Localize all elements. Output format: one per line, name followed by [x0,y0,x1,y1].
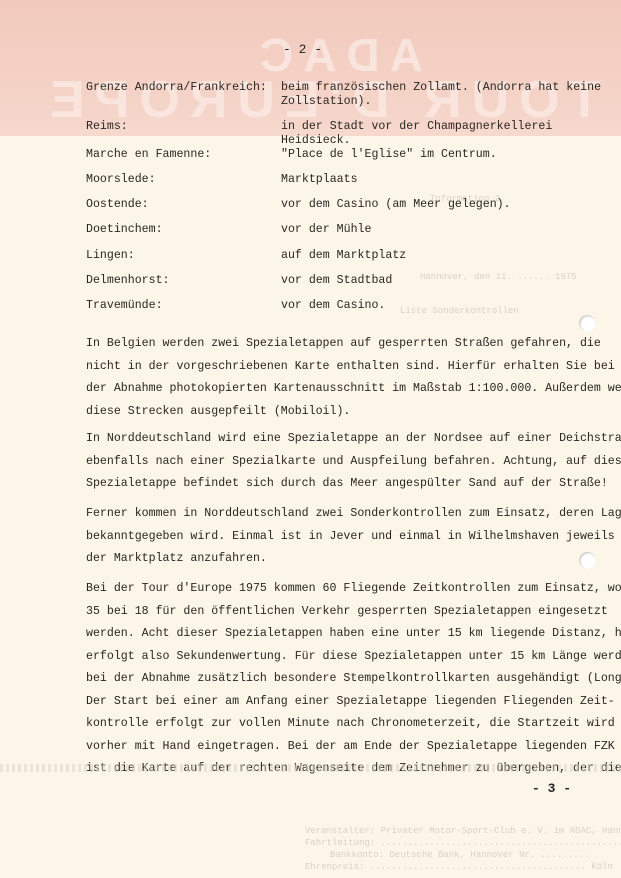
page-number-top: - 2 - [283,42,322,57]
location-desc: vor dem Casino. [281,299,611,313]
footer-bleed-line: Ehrenpreis: ............................… [305,862,613,872]
location-name: Delmenhorst: [86,274,170,287]
location-name: Lingen: [86,249,135,262]
location-name: Doetinchem: [86,223,163,236]
location-name: Marche en Famenne: [86,148,211,161]
paragraph-line: erfolgt also Sekundenwertung. Für diese … [86,646,606,669]
paragraph-line: bekanntgegeben wird. Einmal ist in Jever… [86,526,606,549]
paragraph-line: bei der Abnahme zusätzlich besondere Ste… [86,668,606,691]
footer-bleed-line: Fahrtleitung: ..........................… [305,838,621,848]
location-name: Reims: [86,120,128,133]
paragraph-line: der Abnahme photokopierten Kartenausschn… [86,378,606,401]
paragraph-sonderkontrollen: Ferner kommen in Norddeutschland zwei So… [86,503,606,571]
paragraph-line: Spezialetappe befindet sich durch das Me… [86,473,606,496]
punch-hole-icon [579,315,596,332]
paragraph-line: Der Start bei einer am Anfang einer Spez… [86,691,606,714]
header-band: ADAC TOUR D'EUROPE [0,0,621,136]
location-desc: auf dem Marktplatz [281,249,611,263]
paragraph-line: In Belgien werden zwei Spezialetappen au… [86,333,606,356]
location-desc: in der Stadt vor der Champagnerkellerei … [281,120,611,148]
paragraph-line: vorher mit Hand eingetragen. Bei der am … [86,736,606,759]
location-desc: vor der Mühle [281,223,611,237]
location-name: Oostende: [86,198,149,211]
paragraph-line: Ferner kommen in Norddeutschland zwei So… [86,503,606,526]
location-desc: beim französischen Zollamt. (Andorra hat… [281,81,611,109]
paragraph-line: 35 bei 18 für den öffentlichen Verkehr g… [86,601,606,624]
footer-bleed-line: Veranstalter: Privater Motor-Sport-Club … [305,826,621,836]
paragraph-line: kontrolle erfolgt zur vollen Minute nach… [86,713,606,736]
location-desc: Marktplaats [281,173,611,187]
paragraph-line: ebenfalls nach einer Spezialkarte und Au… [86,451,606,474]
location-name: Travemünde: [86,299,163,312]
paragraph-line: diese Strecken ausgepfeilt (Mobiloil). [86,401,606,424]
paragraph-line: Bei der Tour d'Europe 1975 kommen 60 Fli… [86,578,606,601]
paragraph-line: nicht in der vorgeschriebenen Karte enth… [86,356,606,379]
page-number-bottom: - 3 - [532,781,571,796]
location-desc: vor dem Casino (am Meer gelegen). [281,198,611,212]
location-desc: "Place de l'Eglise" im Centrum. [281,148,611,162]
paragraph-norddeutschland: In Norddeutschland wird eine Spezialetap… [86,428,606,496]
location-desc: vor dem Stadtbad [281,274,611,288]
paragraph-zeitkontrollen: Bei der Tour d'Europe 1975 kommen 60 Fli… [86,578,606,781]
paragraph-line: In Norddeutschland wird eine Spezialetap… [86,428,606,451]
bleed-through-band [0,764,621,772]
footer-bleed-line: Bankkonto: Deutsche Bank, Hannover Nr. .… [330,850,589,860]
paragraph-line: werden. Acht dieser Spezialetappen haben… [86,623,606,646]
paragraph-line: der Marktplatz anzufahren. [86,548,606,571]
punch-hole-icon [579,552,596,569]
location-name: Grenze Andorra/Frankreich: [86,81,267,94]
location-name: Moorslede: [86,173,156,186]
paragraph-belgium: In Belgien werden zwei Spezialetappen au… [86,333,606,423]
